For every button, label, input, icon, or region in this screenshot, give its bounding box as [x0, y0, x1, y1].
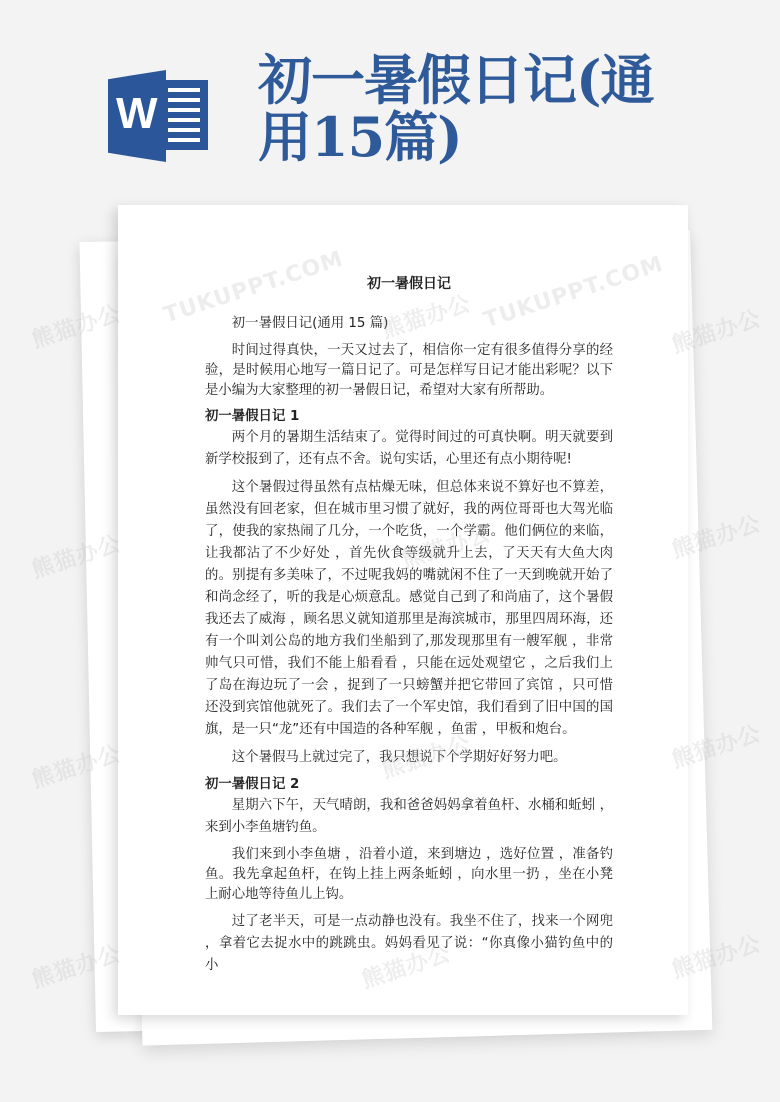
- paragraph: 这个暑假过得虽然有点枯燥无味，但总体来说不算好也不算差，虽然没有回老家，但在城市…: [205, 477, 613, 741]
- paragraph: 星期六下午，天气晴朗，我和爸爸妈妈拿着鱼杆、水桶和蚯蚓 ，来到小李鱼塘钓鱼。: [205, 795, 613, 839]
- paragraph: 我们来到小李鱼塘 ，沿着小道，来到塘边 ，选好位置 ，准备钓鱼。我先拿起鱼杆，在…: [205, 845, 613, 905]
- section-heading: 初一暑假日记 1: [205, 407, 613, 427]
- document-subtitle: 初一暑假日记(通用 15 篇): [205, 313, 613, 335]
- document-body: 初一暑假日记 初一暑假日记(通用 15 篇) 时间过得真快，一天又过去了，相信你…: [205, 273, 613, 983]
- document-page: 初一暑假日记 初一暑假日记(通用 15 篇) 时间过得真快，一天又过去了，相信你…: [118, 205, 688, 1015]
- word-cover-icon: W: [108, 70, 166, 162]
- paragraph: 过了老半天，可是一点动静也没有。我坐不住了，找来一个网兜 ，拿着它去捉水中的跳跳…: [205, 911, 613, 977]
- banner-title: 初一暑假日记(通用15篇): [258, 52, 678, 166]
- word-document-icon: W: [108, 70, 208, 162]
- document-title: 初一暑假日记: [205, 273, 613, 293]
- intro-paragraph: 时间过得真快，一天又过去了，相信你一定有很多值得分享的经验，是时候用心地写一篇日…: [205, 341, 613, 401]
- paragraph: 这个暑假马上就过完了，我只想说下个学期好好努力吧。: [205, 747, 613, 769]
- paragraph: 两个月的暑期生活结束了。觉得时间过的可真快啊。明天就要到新学校报到了，还有点不舍…: [205, 427, 613, 471]
- word-letter: W: [116, 92, 158, 136]
- section-heading: 初一暑假日记 2: [205, 775, 613, 795]
- document-lines-icon: [160, 80, 208, 150]
